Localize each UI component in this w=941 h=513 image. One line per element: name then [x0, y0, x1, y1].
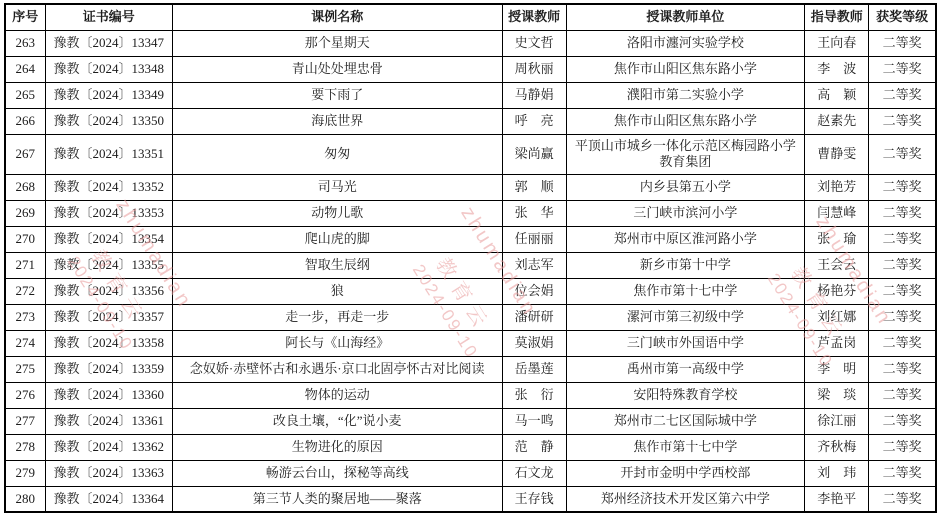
award-cell: 二等奖	[869, 408, 936, 434]
cert-cell: 豫教〔2024〕13353	[45, 200, 172, 226]
lesson-cell: 智取生辰纲	[172, 252, 502, 278]
award-cell: 二等奖	[869, 30, 936, 56]
advisor-cell: 李 波	[805, 56, 869, 82]
table-row: 276 豫教〔2024〕13360 物体的运动 张 衍 安阳特殊教育学校 梁 琰…	[5, 382, 936, 408]
unit-cell: 焦作市第十七中学	[566, 434, 805, 460]
lesson-cell: 生物进化的原因	[172, 434, 502, 460]
table-row: 266 豫教〔2024〕13350 海底世界 呼 亮 焦作市山阳区焦东路小学 赵…	[5, 108, 936, 134]
serial-cell: 264	[5, 56, 45, 82]
unit-cell: 郑州市二七区国际城中学	[566, 408, 805, 434]
unit-cell: 濮阳市第二实验小学	[566, 82, 805, 108]
award-cell: 二等奖	[869, 486, 936, 512]
award-table: 序号证书编号课例名称授课教师授课教师单位指导教师获奖等级 263 豫教〔2024…	[4, 3, 937, 513]
unit-cell: 焦作市山阳区焦东路小学	[566, 56, 805, 82]
award-cell: 二等奖	[869, 252, 936, 278]
unit-cell: 三门峡市外国语中学	[566, 330, 805, 356]
award-cell: 二等奖	[869, 434, 936, 460]
serial-cell: 266	[5, 108, 45, 134]
award-cell: 二等奖	[869, 226, 936, 252]
serial-cell: 278	[5, 434, 45, 460]
serial-cell: 274	[5, 330, 45, 356]
award-cell: 二等奖	[869, 330, 936, 356]
advisor-cell: 齐秋梅	[805, 434, 869, 460]
header-row: 序号证书编号课例名称授课教师授课教师单位指导教师获奖等级	[5, 4, 936, 30]
advisor-cell: 芦孟岗	[805, 330, 869, 356]
teacher-cell: 任丽丽	[502, 226, 566, 252]
award-cell: 二等奖	[869, 278, 936, 304]
cert-cell: 豫教〔2024〕13354	[45, 226, 172, 252]
advisor-cell: 闫慧峰	[805, 200, 869, 226]
table-row: 280 豫教〔2024〕13364 第三节人类的聚居地——聚落 王存钱 郑州经济…	[5, 486, 936, 512]
lesson-cell: 狼	[172, 278, 502, 304]
teacher-cell: 岳墨莲	[502, 356, 566, 382]
teacher-cell: 潘研研	[502, 304, 566, 330]
table-row: 269 豫教〔2024〕13353 动物儿歌 张 华 三门峡市滨河小学 闫慧峰 …	[5, 200, 936, 226]
teacher-cell: 史文哲	[502, 30, 566, 56]
unit-cell: 焦作市山阳区焦东路小学	[566, 108, 805, 134]
cert-cell: 豫教〔2024〕13348	[45, 56, 172, 82]
lesson-cell: 司马光	[172, 174, 502, 200]
table-row: 267 豫教〔2024〕13351 匆匆 梁尚赢 平顶山市城乡一体化示范区梅园路…	[5, 134, 936, 174]
lesson-cell: 海底世界	[172, 108, 502, 134]
unit-cell: 三门峡市滨河小学	[566, 200, 805, 226]
unit-cell: 新乡市第十中学	[566, 252, 805, 278]
unit-cell: 安阳特殊教育学校	[566, 382, 805, 408]
advisor-cell: 王会云	[805, 252, 869, 278]
column-header: 授课教师单位	[566, 4, 805, 30]
teacher-cell: 张 衍	[502, 382, 566, 408]
serial-cell: 272	[5, 278, 45, 304]
advisor-cell: 赵素先	[805, 108, 869, 134]
cert-cell: 豫教〔2024〕13349	[45, 82, 172, 108]
teacher-cell: 马静娟	[502, 82, 566, 108]
cert-cell: 豫教〔2024〕13358	[45, 330, 172, 356]
table-row: 273 豫教〔2024〕13357 走一步，再走一步 潘研研 漯河市第三初级中学…	[5, 304, 936, 330]
serial-cell: 265	[5, 82, 45, 108]
lesson-cell: 畅游云台山，探秘等高线	[172, 460, 502, 486]
column-header: 证书编号	[45, 4, 172, 30]
column-header: 序号	[5, 4, 45, 30]
award-cell: 二等奖	[869, 304, 936, 330]
column-header: 指导教师	[805, 4, 869, 30]
teacher-cell: 王存钱	[502, 486, 566, 512]
cert-cell: 豫教〔2024〕13362	[45, 434, 172, 460]
lesson-cell: 匆匆	[172, 134, 502, 174]
serial-cell: 277	[5, 408, 45, 434]
cert-cell: 豫教〔2024〕13361	[45, 408, 172, 434]
table-row: 265 豫教〔2024〕13349 要下雨了 马静娟 濮阳市第二实验小学 高 颖…	[5, 82, 936, 108]
lesson-cell: 念奴娇·赤壁怀古和永遇乐·京口北固亭怀古对比阅读	[172, 356, 502, 382]
lesson-cell: 要下雨了	[172, 82, 502, 108]
serial-cell: 275	[5, 356, 45, 382]
serial-cell: 276	[5, 382, 45, 408]
serial-cell: 280	[5, 486, 45, 512]
award-cell: 二等奖	[869, 200, 936, 226]
serial-cell: 263	[5, 30, 45, 56]
award-list-page: 序号证书编号课例名称授课教师授课教师单位指导教师获奖等级 263 豫教〔2024…	[0, 0, 941, 513]
advisor-cell: 曹静雯	[805, 134, 869, 174]
advisor-cell: 王向春	[805, 30, 869, 56]
award-cell: 二等奖	[869, 82, 936, 108]
lesson-cell: 那个星期天	[172, 30, 502, 56]
advisor-cell: 张 瑜	[805, 226, 869, 252]
cert-cell: 豫教〔2024〕13363	[45, 460, 172, 486]
unit-cell: 内乡县第五小学	[566, 174, 805, 200]
teacher-cell: 位会娟	[502, 278, 566, 304]
lesson-cell: 物体的运动	[172, 382, 502, 408]
lesson-cell: 改良土壤，“化”说小麦	[172, 408, 502, 434]
advisor-cell: 徐江丽	[805, 408, 869, 434]
teacher-cell: 莫淑娟	[502, 330, 566, 356]
serial-cell: 268	[5, 174, 45, 200]
lesson-cell: 动物儿歌	[172, 200, 502, 226]
lesson-cell: 阿长与《山海经》	[172, 330, 502, 356]
table-row: 263 豫教〔2024〕13347 那个星期天 史文哲 洛阳市瀍河实验学校 王向…	[5, 30, 936, 56]
cert-cell: 豫教〔2024〕13359	[45, 356, 172, 382]
lesson-cell: 第三节人类的聚居地——聚落	[172, 486, 502, 512]
teacher-cell: 范 静	[502, 434, 566, 460]
table-body: 263 豫教〔2024〕13347 那个星期天 史文哲 洛阳市瀍河实验学校 王向…	[5, 30, 936, 512]
table-row: 270 豫教〔2024〕13354 爬山虎的脚 任丽丽 郑州市中原区淮河路小学 …	[5, 226, 936, 252]
advisor-cell: 高 颖	[805, 82, 869, 108]
teacher-cell: 张 华	[502, 200, 566, 226]
serial-cell: 270	[5, 226, 45, 252]
award-cell: 二等奖	[869, 108, 936, 134]
cert-cell: 豫教〔2024〕13357	[45, 304, 172, 330]
teacher-cell: 马一鸣	[502, 408, 566, 434]
serial-cell: 273	[5, 304, 45, 330]
cert-cell: 豫教〔2024〕13364	[45, 486, 172, 512]
advisor-cell: 梁 琰	[805, 382, 869, 408]
serial-cell: 279	[5, 460, 45, 486]
award-cell: 二等奖	[869, 134, 936, 174]
advisor-cell: 杨艳芬	[805, 278, 869, 304]
serial-cell: 269	[5, 200, 45, 226]
column-header: 授课教师	[502, 4, 566, 30]
advisor-cell: 李艳平	[805, 486, 869, 512]
unit-cell: 平顶山市城乡一体化示范区梅园路小学教育集团	[566, 134, 805, 174]
table-row: 272 豫教〔2024〕13356 狼 位会娟 焦作市第十七中学 杨艳芬 二等奖	[5, 278, 936, 304]
unit-cell: 漯河市第三初级中学	[566, 304, 805, 330]
award-cell: 二等奖	[869, 56, 936, 82]
award-cell: 二等奖	[869, 356, 936, 382]
unit-cell: 禹州市第一高级中学	[566, 356, 805, 382]
column-header: 获奖等级	[869, 4, 936, 30]
teacher-cell: 郭 顺	[502, 174, 566, 200]
table-row: 264 豫教〔2024〕13348 青山处处埋忠骨 周秋丽 焦作市山阳区焦东路小…	[5, 56, 936, 82]
advisor-cell: 刘艳芳	[805, 174, 869, 200]
cert-cell: 豫教〔2024〕13352	[45, 174, 172, 200]
award-cell: 二等奖	[869, 174, 936, 200]
unit-cell: 郑州经济技术开发区第六中学	[566, 486, 805, 512]
unit-cell: 洛阳市瀍河实验学校	[566, 30, 805, 56]
lesson-cell: 走一步，再走一步	[172, 304, 502, 330]
serial-cell: 267	[5, 134, 45, 174]
unit-cell: 焦作市第十七中学	[566, 278, 805, 304]
award-cell: 二等奖	[869, 382, 936, 408]
teacher-cell: 呼 亮	[502, 108, 566, 134]
table-row: 278 豫教〔2024〕13362 生物进化的原因 范 静 焦作市第十七中学 齐…	[5, 434, 936, 460]
cert-cell: 豫教〔2024〕13360	[45, 382, 172, 408]
cert-cell: 豫教〔2024〕13355	[45, 252, 172, 278]
advisor-cell: 刘 玮	[805, 460, 869, 486]
table-row: 271 豫教〔2024〕13355 智取生辰纲 刘志军 新乡市第十中学 王会云 …	[5, 252, 936, 278]
unit-cell: 郑州市中原区淮河路小学	[566, 226, 805, 252]
serial-cell: 271	[5, 252, 45, 278]
cert-cell: 豫教〔2024〕13356	[45, 278, 172, 304]
teacher-cell: 梁尚赢	[502, 134, 566, 174]
table-row: 268 豫教〔2024〕13352 司马光 郭 顺 内乡县第五小学 刘艳芳 二等…	[5, 174, 936, 200]
teacher-cell: 石文龙	[502, 460, 566, 486]
lesson-cell: 青山处处埋忠骨	[172, 56, 502, 82]
table-row: 277 豫教〔2024〕13361 改良土壤，“化”说小麦 马一鸣 郑州市二七区…	[5, 408, 936, 434]
cert-cell: 豫教〔2024〕13347	[45, 30, 172, 56]
table-row: 274 豫教〔2024〕13358 阿长与《山海经》 莫淑娟 三门峡市外国语中学…	[5, 330, 936, 356]
teacher-cell: 刘志军	[502, 252, 566, 278]
award-cell: 二等奖	[869, 460, 936, 486]
column-header: 课例名称	[172, 4, 502, 30]
advisor-cell: 刘红娜	[805, 304, 869, 330]
unit-cell: 开封市金明中学西校部	[566, 460, 805, 486]
cert-cell: 豫教〔2024〕13350	[45, 108, 172, 134]
advisor-cell: 李 明	[805, 356, 869, 382]
table-header: 序号证书编号课例名称授课教师授课教师单位指导教师获奖等级	[5, 4, 936, 30]
table-row: 275 豫教〔2024〕13359 念奴娇·赤壁怀古和永遇乐·京口北固亭怀古对比…	[5, 356, 936, 382]
table-row: 279 豫教〔2024〕13363 畅游云台山，探秘等高线 石文龙 开封市金明中…	[5, 460, 936, 486]
teacher-cell: 周秋丽	[502, 56, 566, 82]
cert-cell: 豫教〔2024〕13351	[45, 134, 172, 174]
lesson-cell: 爬山虎的脚	[172, 226, 502, 252]
